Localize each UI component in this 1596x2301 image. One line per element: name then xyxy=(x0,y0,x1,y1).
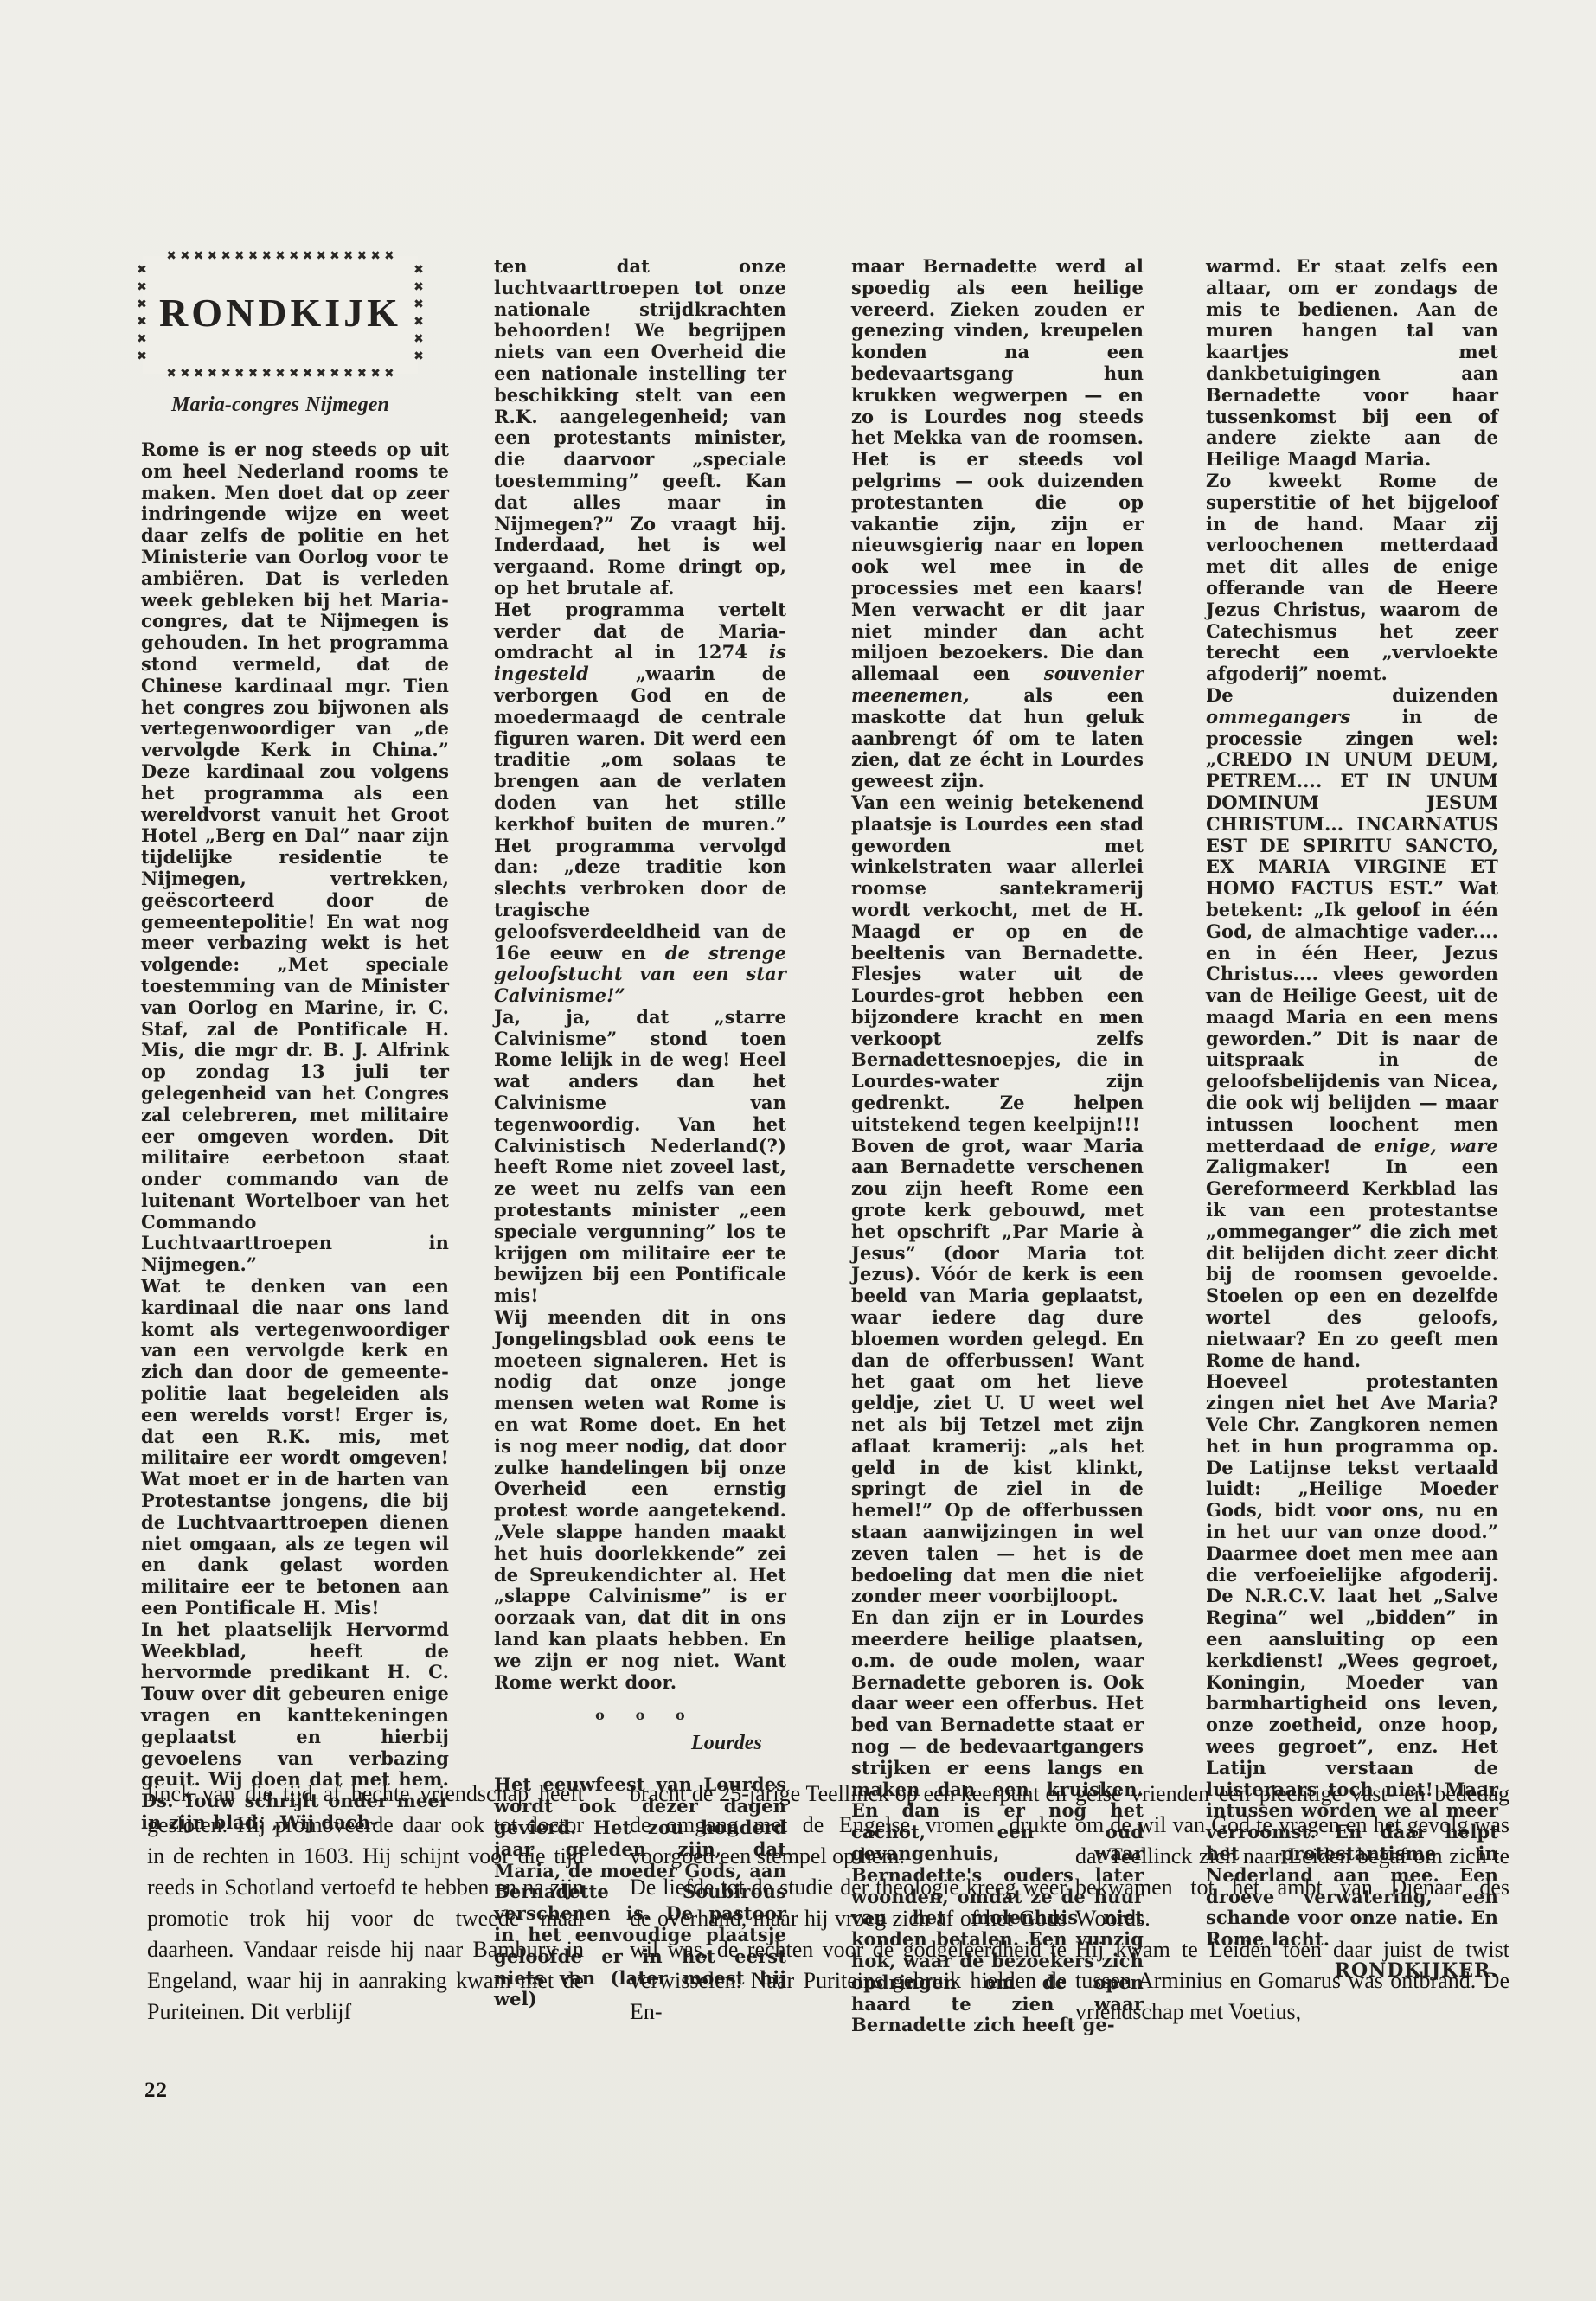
paragraph: maar Bernadette werd al spoedig als een … xyxy=(851,256,1144,792)
newspaper-page: ✖✖✖✖✖✖✖✖✖✖✖✖✖✖✖✖✖ ✖✖✖✖✖✖✖✖✖✖✖✖✖✖✖✖✖ ✖✖✖✖… xyxy=(0,0,1596,2301)
paragraph: bracht de 25-jarige Teellinck op een kee… xyxy=(630,1779,1067,1872)
bottom-column-3: gelse vrienden een plechtige vast- en be… xyxy=(1075,1779,1509,2028)
page-number: 22 xyxy=(144,2080,168,2101)
paragraph: Ja, ja, dat „starre Calvinisme” stond to… xyxy=(494,1007,786,1307)
paragraph: linck van die tijd af hechte vriendschap… xyxy=(147,1779,584,2028)
column-3: maar Bernadette werd al spoedig als een … xyxy=(851,256,1144,2036)
paragraph: Wij meenden dit in ons Jongelingsblad oo… xyxy=(494,1307,786,1693)
column-4: warmd. Er staat zelfs een altaar, om er … xyxy=(1206,256,1498,1980)
paragraph: Hij kwam te Leiden toen daar juist de tw… xyxy=(1075,1934,1509,2028)
ornament-border-bottom-icon: ✖✖✖✖✖✖✖✖✖✖✖✖✖✖✖✖✖ xyxy=(138,368,426,380)
lourdes-heading: Lourdes xyxy=(494,1733,786,1753)
ornament-border-top-icon: ✖✖✖✖✖✖✖✖✖✖✖✖✖✖✖✖✖ xyxy=(138,250,426,262)
paragraph: Van een weinig betekenend plaatsje is Lo… xyxy=(851,792,1144,1136)
paragraph: gelse vrienden een plechtige vast- en be… xyxy=(1075,1779,1509,1934)
paragraph: Wat te denken van een kardinaal die naar… xyxy=(141,1276,449,1619)
paragraph: Boven de grot, waar Maria aan Bernadette… xyxy=(851,1136,1144,1608)
bottom-column-2: bracht de 25-jarige Teellinck op een kee… xyxy=(630,1779,1067,2028)
column-2: ten dat onze luchtvaarttroepen tot onze … xyxy=(494,256,786,2010)
paragraph: warmd. Er staat zelfs een altaar, om er … xyxy=(1206,256,1498,471)
paragraph: De liefde tot de studie der theologie kr… xyxy=(630,1872,1067,2028)
article-subtitle: Maria-congres Nijmegen xyxy=(143,394,418,415)
column-1: ✖✖✖✖✖✖✖✖✖✖✖✖✖✖✖✖✖ ✖✖✖✖✖✖✖✖✖✖✖✖✖✖✖✖✖ ✖✖✖✖… xyxy=(141,256,449,1834)
rondkijk-masthead: ✖✖✖✖✖✖✖✖✖✖✖✖✖✖✖✖✖ ✖✖✖✖✖✖✖✖✖✖✖✖✖✖✖✖✖ ✖✖✖✖… xyxy=(143,256,418,374)
paragraph: Het programma vertelt verder dat de Mari… xyxy=(494,599,786,1007)
paragraph: Rome is er nog steeds op uit om heel Ned… xyxy=(141,439,449,1276)
section-divider-dots: o o o xyxy=(494,1708,786,1722)
paragraph: De duizenden ommegangers in de processie… xyxy=(1206,685,1498,1372)
article-title: RONDKIJK xyxy=(143,293,418,333)
paragraph: Zo kweekt Rome de superstitie of het bij… xyxy=(1206,471,1498,685)
bottom-column-1: linck van die tijd af hechte vriendschap… xyxy=(147,1779,584,2028)
paragraph: ten dat onze luchtvaarttroepen tot onze … xyxy=(494,256,786,599)
